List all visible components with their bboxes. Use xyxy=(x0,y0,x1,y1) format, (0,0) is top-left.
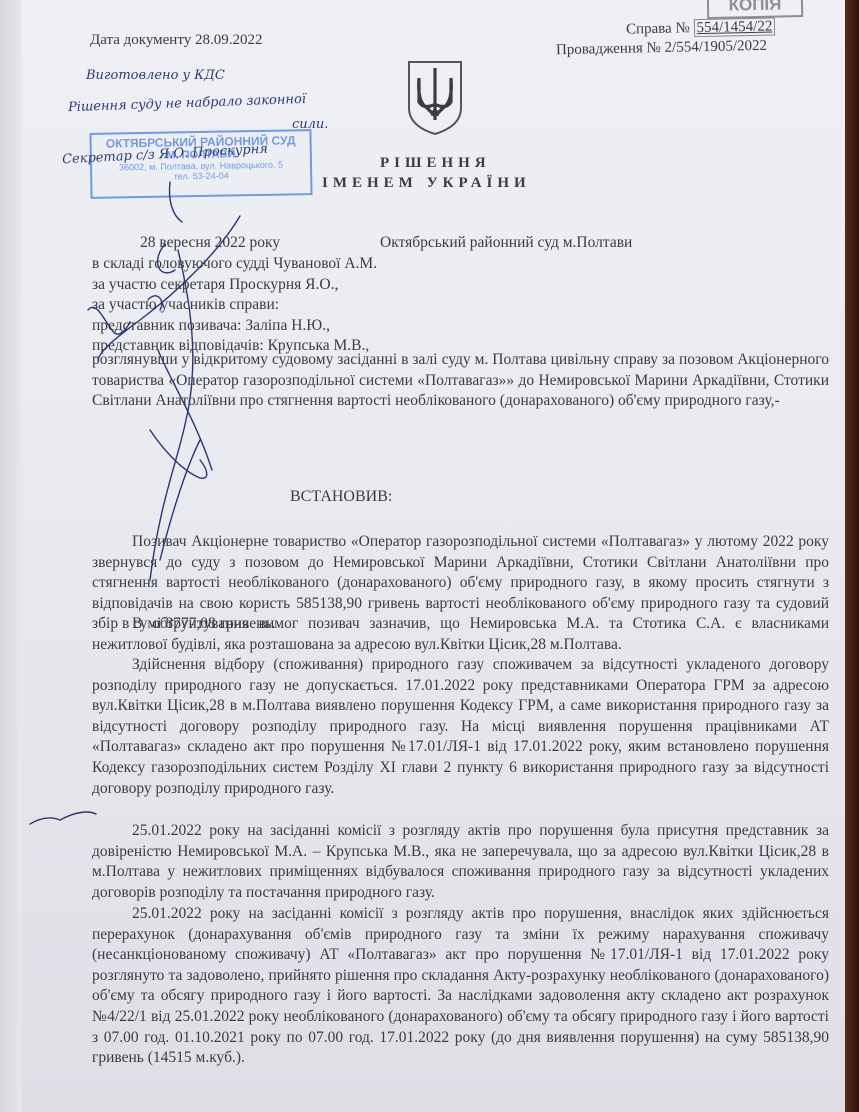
paragraph-grounds: В обґрунтування вимог позивач зазначив, … xyxy=(92,614,829,655)
case-number-value: 554/1454/22 xyxy=(693,17,775,37)
decision-date: 28 вересня 2022 року xyxy=(140,233,280,254)
document-page: Дата документу 28.09.2022 КОПІЯ Справа №… xyxy=(0,0,848,1112)
background-table-edge xyxy=(845,0,859,1112)
coat-of-arms-icon xyxy=(405,58,465,136)
handwritten-note-2: Рішення суду не набрало законної xyxy=(68,92,306,115)
paragraph-commission-1: 25.01.2022 року на засіданні комісії з р… xyxy=(92,821,829,903)
proceeding-number: Провадження № 2/554/1905/2022 xyxy=(556,36,767,61)
court-name: Октябрський районний суд м.Полтави xyxy=(380,233,632,254)
paragraph-case-intro: розглянувши у відкритому судовому засіда… xyxy=(92,350,829,412)
document-subtitle: ІМЕНЕМ УКРАЇНИ xyxy=(322,173,531,194)
paragraph-violation: Здійснення відбору (споживання) природно… xyxy=(92,655,829,799)
handwritten-note-1: Виготовлено у КДС xyxy=(86,68,225,83)
intro-line: за участю секретаря Проскурня Я.О., xyxy=(92,275,377,296)
case-label: Справа № xyxy=(626,20,690,37)
panel-composition: в складі головуючого судді Чуванової А.М… xyxy=(92,254,377,357)
document-title: РІШЕННЯ xyxy=(380,153,491,174)
document-date: Дата документу 28.09.2022 xyxy=(90,30,262,51)
section-heading-established: ВСТАНОВИВ: xyxy=(290,487,392,508)
intro-line: за участю учасників справи: xyxy=(92,295,377,316)
paragraph-commission-2: 25.01.2022 року на засіданні комісії з р… xyxy=(92,904,829,1069)
intro-line: в складі головуючого судді Чуванової А.М… xyxy=(92,254,377,275)
intro-line: представник позивача: Заліпа Н.Ю., xyxy=(92,316,377,337)
